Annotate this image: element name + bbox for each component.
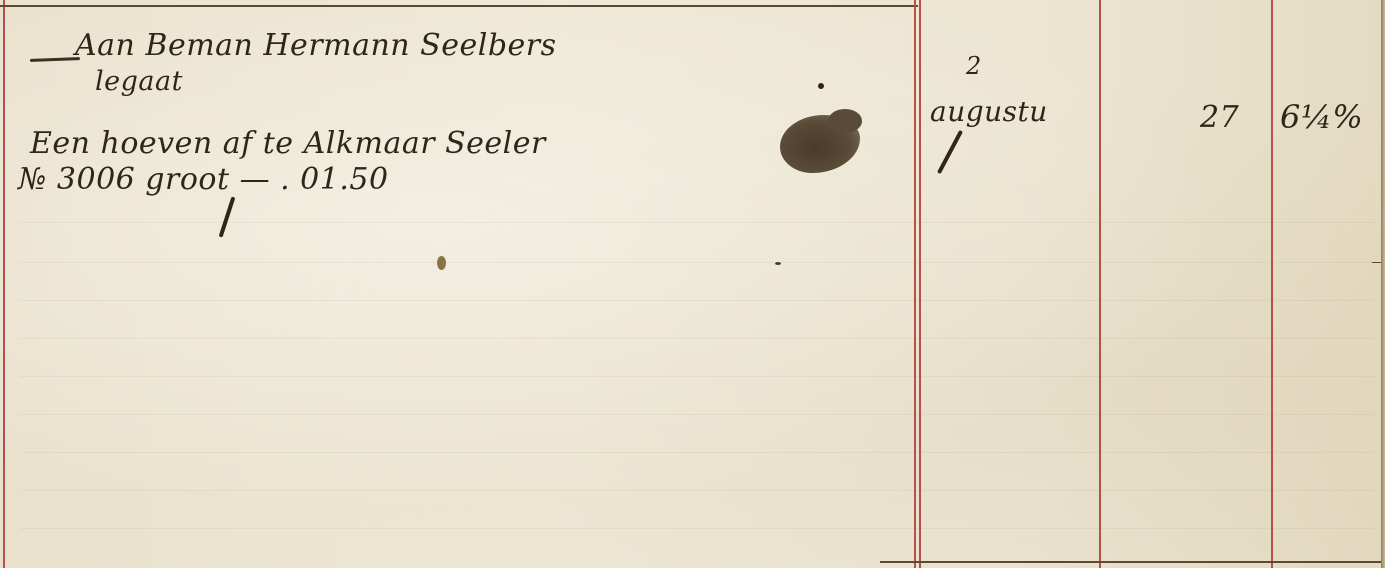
column-rule-date-left-a: [914, 0, 916, 568]
entry-description-line-3: Een hoeven af te Alkmaar Seeler: [30, 126, 546, 161]
show-through-line: [20, 490, 1375, 491]
show-through-line: [20, 414, 1375, 415]
show-through-line: [20, 452, 1375, 453]
entry-date-month: augustu: [930, 95, 1048, 128]
page-edge: [1381, 0, 1385, 568]
column-rule-amount-left: [1099, 0, 1101, 568]
entry-description-line-2: legaat: [95, 66, 183, 97]
show-through-line: [20, 262, 1375, 263]
entry-description-line-1: Aan Beman Hermann Seelbers: [75, 28, 557, 63]
entry-amount: 27: [1200, 100, 1239, 135]
entry-rate: 6¼%: [1280, 98, 1363, 136]
ink-blot: [780, 115, 860, 173]
bottom-rule: [880, 561, 1382, 563]
leading-dash: [30, 57, 80, 62]
show-through-line: [20, 300, 1375, 301]
column-rule-rate-left: [1271, 0, 1273, 568]
show-through-line: [20, 528, 1375, 529]
ledger-page: Aan Beman Hermann Seelbers legaat Een ho…: [0, 0, 1385, 568]
ink-speck: [775, 262, 781, 265]
descender-stroke: [937, 130, 963, 174]
ink-dot: [818, 83, 824, 89]
top-rule: [0, 5, 918, 7]
show-through-line: [20, 338, 1375, 339]
stain-spot: [437, 256, 446, 270]
show-through-line: [20, 376, 1375, 377]
entry-date-day: 2: [966, 52, 982, 80]
column-rule-date-left-b: [919, 0, 921, 568]
descender-stroke: [219, 196, 236, 237]
entry-description-line-4: № 3006 groot — . 01.50: [18, 162, 389, 197]
left-margin-rule: [3, 0, 5, 568]
